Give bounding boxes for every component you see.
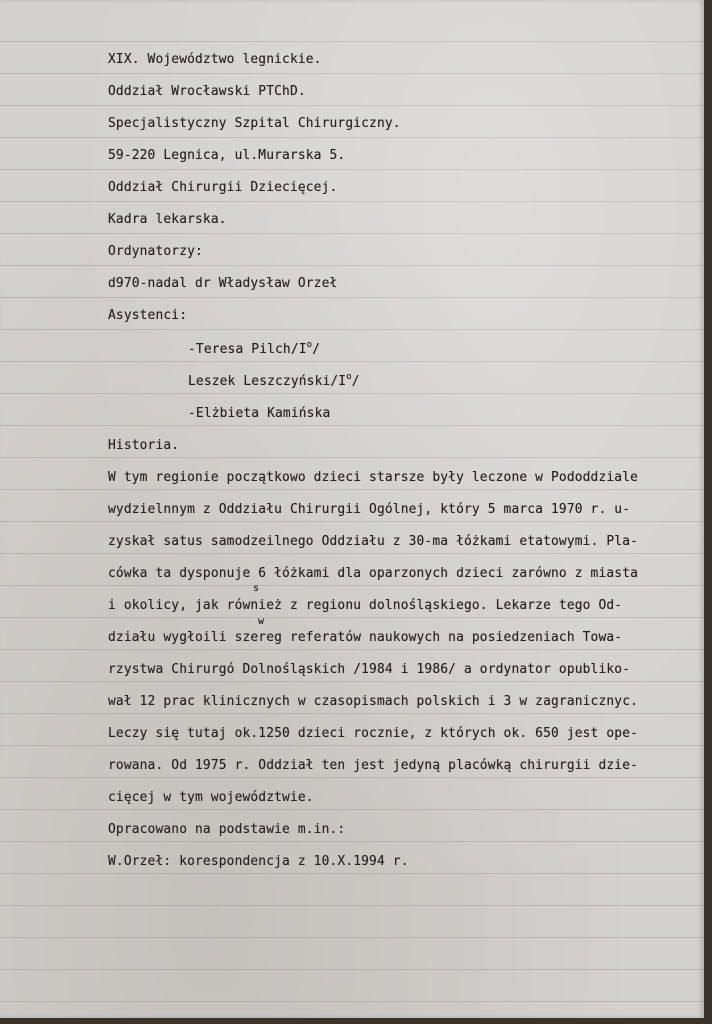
assistant-entry: -Elżbieta Kamińska <box>188 405 330 423</box>
header-voivodeship: XIX. Województwo legnickie. <box>108 51 322 69</box>
history-line: Leczy się tutaj ok.1250 dzieci rocznie, … <box>108 725 638 743</box>
head-entry: d970-nadal dr Władysław Orzeł <box>108 275 337 293</box>
history-line: wał 12 prac klinicznych w czasopismach p… <box>108 693 638 711</box>
header-address: 59-220 Legnica, ul.Murarska 5. <box>108 147 345 165</box>
typed-correction: s <box>253 583 259 594</box>
sources-label: Opracowano na podstawie m.in.: <box>108 821 345 839</box>
header-hospital: Specjalistyczny Szpital Chirurgiczny. <box>108 115 401 133</box>
history-line: cięcej w tym województwie. <box>108 789 314 807</box>
assistant-entry: -Teresa Pilch/Io/ <box>188 341 320 359</box>
assistants-label: Asystenci: <box>108 307 187 325</box>
source-entry: W.Orzeł: korespondencja z 10.X.1994 r. <box>108 853 409 871</box>
history-line: rowana. Od 1975 r. Oddział ten jest jedy… <box>108 757 638 775</box>
heads-label: Ordynatorzy: <box>108 243 203 261</box>
typewritten-page: XIX. Województwo legnickie. Oddział Wroc… <box>0 0 704 1018</box>
assistant-entry: Leszek Leszczyński/Io/ <box>188 373 360 391</box>
history-line: cówka ta dysponuje 6 łóżkami dla oparzon… <box>108 565 638 583</box>
history-line: W tym regionie początkowo dzieci starsze… <box>108 469 638 487</box>
typed-correction: w <box>258 616 264 627</box>
history-line: zyskał satus samodzeilnego Oddziału z 30… <box>108 533 638 551</box>
history-line: rzystwa Chirurgó Dolnośląskich /1984 i 1… <box>108 661 630 679</box>
history-label: Historia. <box>108 437 179 455</box>
header-staff: Kadra lekarska. <box>108 211 227 229</box>
header-department: Oddział Chirurgii Dziecięcej. <box>108 179 337 197</box>
history-line: działu wygłoili szereg referatów naukowy… <box>108 629 622 647</box>
header-branch: Oddział Wrocławski PTChD. <box>108 83 306 101</box>
history-line: i okolicy, jak również z regionu dolnośl… <box>108 597 622 615</box>
history-line: wydzielnnym z Oddziału Chirurgii Ogólnej… <box>108 501 630 519</box>
